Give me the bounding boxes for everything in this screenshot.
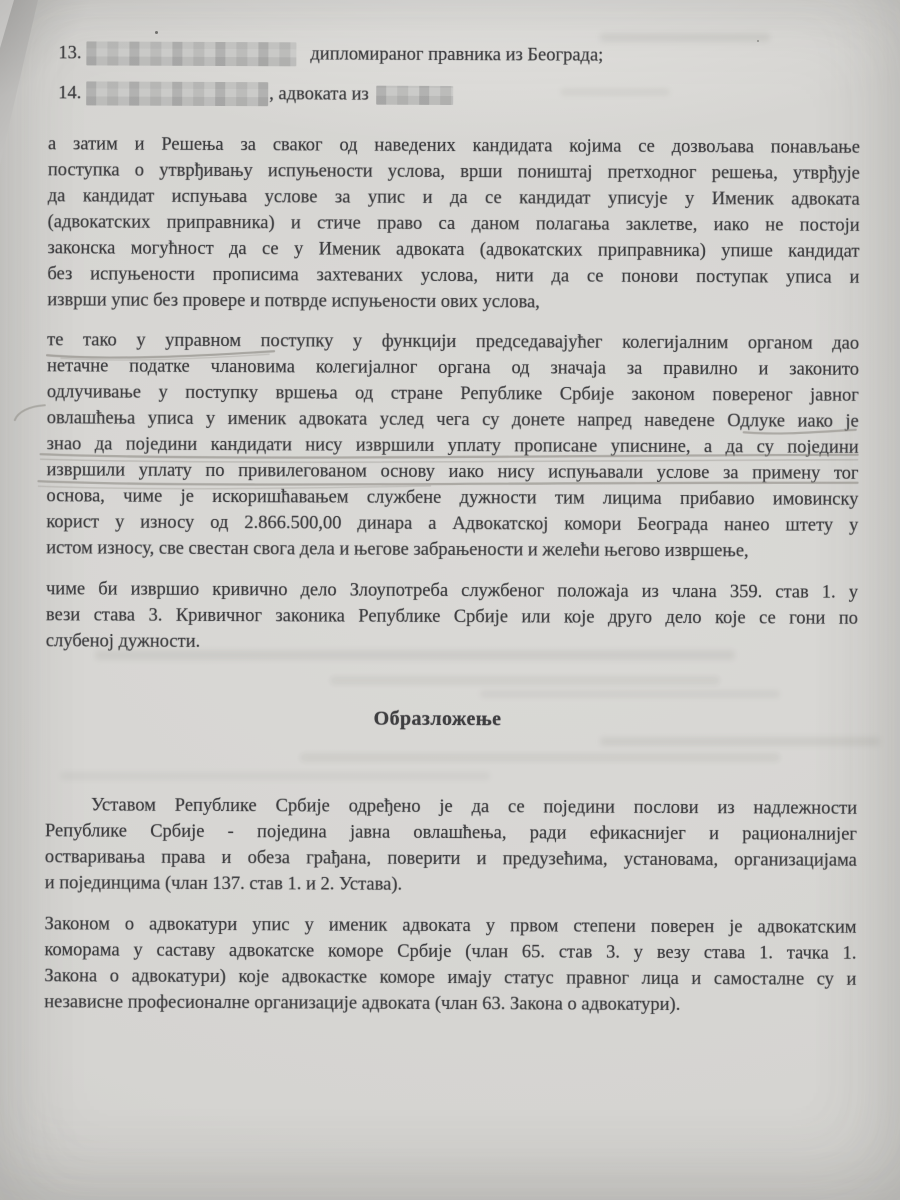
section-heading: Образложење [31,706,843,733]
item-text: дипломираног правника из Београда; [310,44,603,66]
redaction-pixelated-name [86,81,268,106]
text-line: истом износу, све свестан свога дела и њ… [46,535,858,565]
text-line: да кандидат испуњава услове за упис и да… [48,183,860,213]
item-text: , адвоката из [269,84,369,105]
pencil-margin-mark [15,405,45,420]
text-line: корист у износу од 2.866.500,00 динара а… [46,509,858,539]
text-line: те тако у управном поступку у функцији п… [47,327,859,357]
paragraph-3: чиме би извршио кривично дело Злоупотреб… [46,576,858,658]
text-line: знао да поједини кандидати нису извршили… [47,431,859,461]
text-line: законска могућност да се у Именик адвока… [47,235,859,265]
text-line: независне професионалне организације адв… [44,989,856,1019]
text-line: чиме би извршио кривично дело Злоупотреб… [46,576,858,606]
paragraph-2: те тако у управном поступку у функцији п… [46,327,859,565]
item-number: 14. [58,83,86,104]
text-line: а затим и Решења за сваког од наведених … [48,131,860,161]
text-line: Уставом Републике Србије одређено је да … [45,792,857,822]
text-line: и појединцима (члан 137. став 1. и 2. Ус… [45,870,857,900]
item-number: 13. [58,43,86,64]
text-line: изврши упис без провере и потврде испуње… [47,287,859,317]
text-line: нетачне податке члановима колегијалног о… [47,353,859,383]
text-line: одлучивање у поступку вршења од стране Р… [47,379,859,409]
redaction-pixelated-name [86,41,296,66]
redaction-pixelated-city [376,85,453,104]
paragraph-1: а затим и Решења за сваког од наведених … [47,131,860,317]
scanned-document-page: 13. дипломираног правника из Београда; 1… [0,0,900,1200]
text-line: остваривања права и обеза грађана, повер… [45,844,857,874]
list-item-13: 13. дипломираног правника из Београда; [58,40,603,68]
text-line: без испуњености прописима захтеваних усл… [47,261,859,291]
text-line: слубеној дужности. [46,628,858,658]
text-line: поступка о утврђивању испуњености услова… [48,157,860,187]
paragraph-4: Уставом Републике Србије одређено је да … [45,792,857,900]
text-line: овлашћења уписа у именик адвоката услед … [47,405,859,435]
text-line: вези става 3. Кривичног законика Републи… [46,602,858,632]
text-line: (адвокатских приправника) и стиче право … [48,209,860,239]
document-content: 13. дипломираног правника из Београда; 1… [0,0,900,1200]
text-line: коморама у саставу адвокатске коморе Срб… [44,937,856,967]
text-line: основа, чиме је искоришћавањем службене … [46,483,858,513]
list-item-14: 14. , адвоката из [58,80,453,108]
text-line: извршили уплату по привилегованом основу… [47,457,859,487]
text-line: Закона о адвокатури) које адвокастке ком… [44,963,856,993]
text-line: Законом о адвокатури упис у именик адвок… [45,911,857,941]
paragraph-5: Законом о адвокатури упис у именик адвок… [44,911,856,1019]
text-line: Републике Србије - поједина јавна овлашћ… [45,818,857,848]
